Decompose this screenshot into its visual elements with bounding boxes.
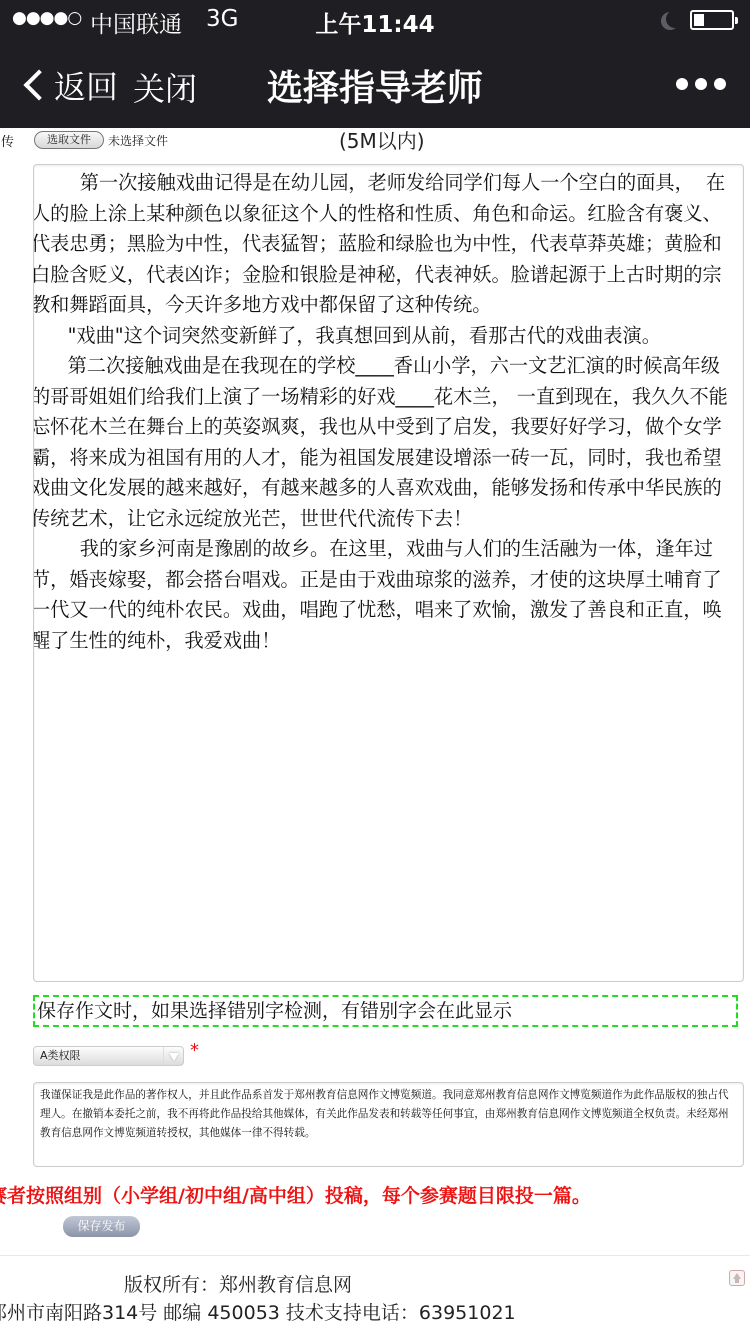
footer-copyright: 版权所有：郑州教育信息网 bbox=[124, 1270, 352, 1297]
essay-textarea[interactable]: 第一次接触戏曲记得是在幼儿园，老师发给同学们每人一个空白的面具， 在人的脸上涂上… bbox=[33, 164, 744, 982]
essay-paragraph: 第二次接触戏曲是在我现在的学校____香山小学，六一文艺汇演的时候高年级的哥哥姐… bbox=[33, 351, 731, 534]
essay-paragraph: 我的家乡河南是豫剧的故乡。在这里，戏曲与人们的生活融为一体，逢年过节，婚丧嫁娶，… bbox=[33, 534, 731, 656]
footer-address: 郑州市南阳路314号 邮编 450053 技术支持电话：63951021 bbox=[0, 1298, 516, 1325]
size-hint: (5M以内) bbox=[339, 125, 425, 154]
back-button[interactable]: 返回 bbox=[18, 62, 118, 108]
chevron-down-icon bbox=[163, 1047, 183, 1065]
required-mark: * bbox=[190, 1040, 199, 1061]
upload-label: 传 bbox=[1, 131, 14, 150]
choose-file-button[interactable]: 选取文件 bbox=[34, 131, 104, 149]
more-dots-icon[interactable] bbox=[676, 78, 726, 90]
upload-row: 传 选取文件 未选择文件 (5M以内) bbox=[0, 128, 750, 158]
moon-icon bbox=[666, 10, 684, 28]
nav-bar: 返回 关闭 选择指导老师 bbox=[0, 40, 750, 128]
close-button[interactable]: 关闭 bbox=[133, 64, 197, 110]
footer-divider bbox=[0, 1255, 750, 1256]
submission-notice: 赛者按照组别（小学组/初中组/高中组）投稿，每个参赛题目限投一篇。 bbox=[0, 1181, 750, 1208]
copyright-statement-textarea[interactable]: 我谨保证我是此作品的著作权人，并且此作品系首发于郑州教育信息网作文博览频道。我同… bbox=[33, 1082, 744, 1167]
typo-check-result: 保存作文时，如果选择错别字检测，有错别字会在此显示 bbox=[33, 995, 738, 1027]
status-bar: ●●●●○ 中国联通 3G 上午11:44 bbox=[0, 0, 750, 40]
back-label: 返回 bbox=[54, 62, 118, 108]
rights-select[interactable]: A类权限 bbox=[33, 1046, 184, 1066]
clock: 上午11:44 bbox=[0, 6, 750, 39]
battery-icon bbox=[690, 10, 734, 30]
essay-paragraph: 第一次接触戏曲记得是在幼儿园，老师发给同学们每人一个空白的面具， 在人的脸上涂上… bbox=[33, 168, 731, 321]
back-to-top-icon[interactable] bbox=[729, 1270, 745, 1286]
save-publish-button[interactable]: 保存发布 bbox=[63, 1216, 140, 1237]
essay-paragraph: "戏曲"这个词突然变新鲜了，我真想回到从前，看那古代的戏曲表演。 bbox=[33, 321, 731, 352]
file-status: 未选择文件 bbox=[108, 132, 168, 149]
rights-selected-value: A类权限 bbox=[40, 1049, 81, 1062]
chevron-left-icon bbox=[23, 69, 54, 100]
